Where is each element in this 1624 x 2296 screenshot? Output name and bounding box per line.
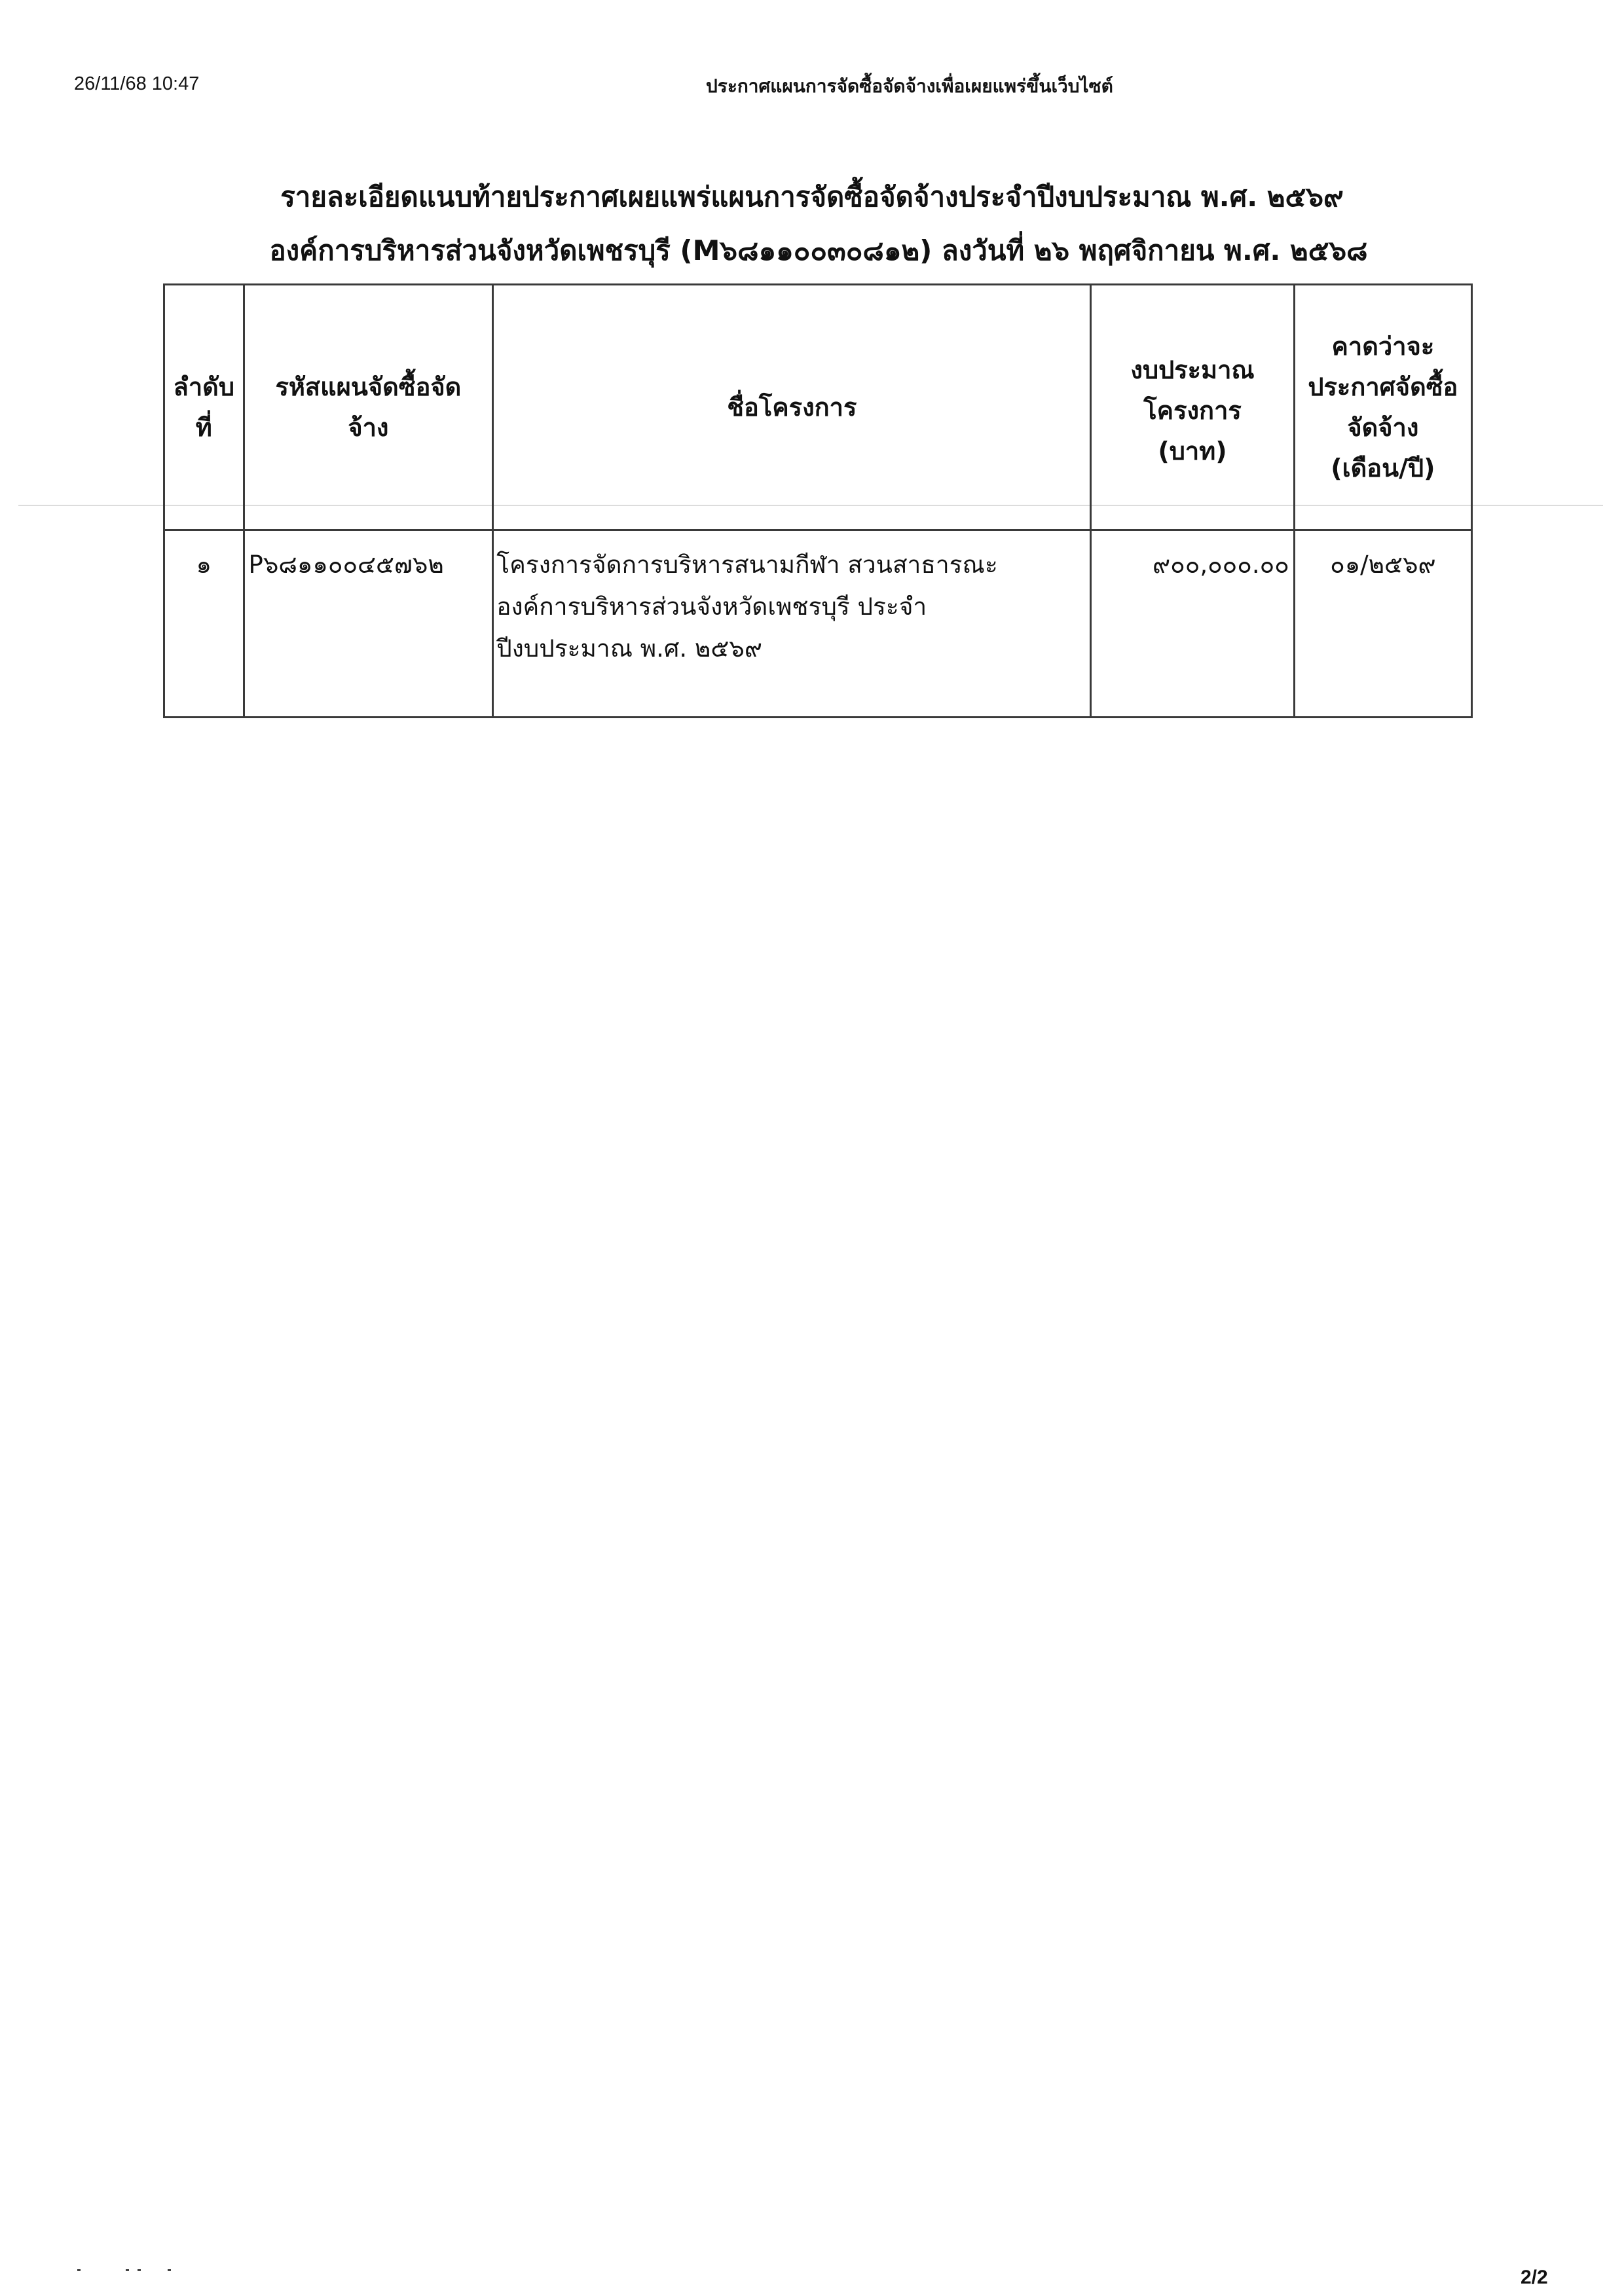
header-project-name: ชื่อโครงการ [493,285,1091,530]
document-subtitle: องค์การบริหารส่วนจังหวัดเพชรบุรี (M๖๘๑๑๐… [7,229,1624,272]
cell-budget: ๙๐๐,๐๐๐.๐๐ [1091,530,1294,718]
header-plan-code: รหัสแผนจัดซื้อจัด จ้าง [244,285,493,530]
cell-sequence-no: ๑ [164,530,244,718]
cell-project-name: โครงการจัดการบริหารสนามกีฬา สวนสาธารณะ อ… [493,530,1091,718]
print-datetime: 26/11/68 10:47 [74,73,199,95]
document-title: รายละเอียดแนบท้ายประกาศเผยแพร่แผนการจัดซ… [0,175,1624,219]
table-row: ๑ P๖๘๑๑๐๐๔๕๗๖๒ โครงการจัดการบริหารสนามกี… [164,530,1472,718]
scan-footer-marks [77,2269,175,2273]
print-page-title: ประกาศแผนการจัดซื้อจัดจ้างเพื่อเผยแพร่ขึ… [706,72,1113,101]
header-budget: งบประมาณ โครงการ (บาท) [1091,285,1294,530]
browser-print-header: 26/11/68 10:47 ประกาศแผนการจัดซื้อจัดจ้า… [0,69,1624,102]
header-sequence-no: ลำดับ ที่ [164,285,244,530]
procurement-plan-table: ลำดับ ที่ รหัสแผนจัดซื้อจัด จ้าง ชื่อโคร… [163,283,1473,718]
header-expected-announce-date: คาดว่าจะ ประกาศจัดซื้อ จัดจ้าง (เดือน/ปี… [1294,285,1471,530]
cell-expected-announce-date: ๐๑/๒๕๖๙ [1294,530,1471,718]
cell-plan-code: P๖๘๑๑๐๐๔๕๗๖๒ [244,530,493,718]
page-number: 2/2 [1521,2267,1548,2289]
table-header-row: ลำดับ ที่ รหัสแผนจัดซื้อจัด จ้าง ชื่อโคร… [164,285,1472,530]
